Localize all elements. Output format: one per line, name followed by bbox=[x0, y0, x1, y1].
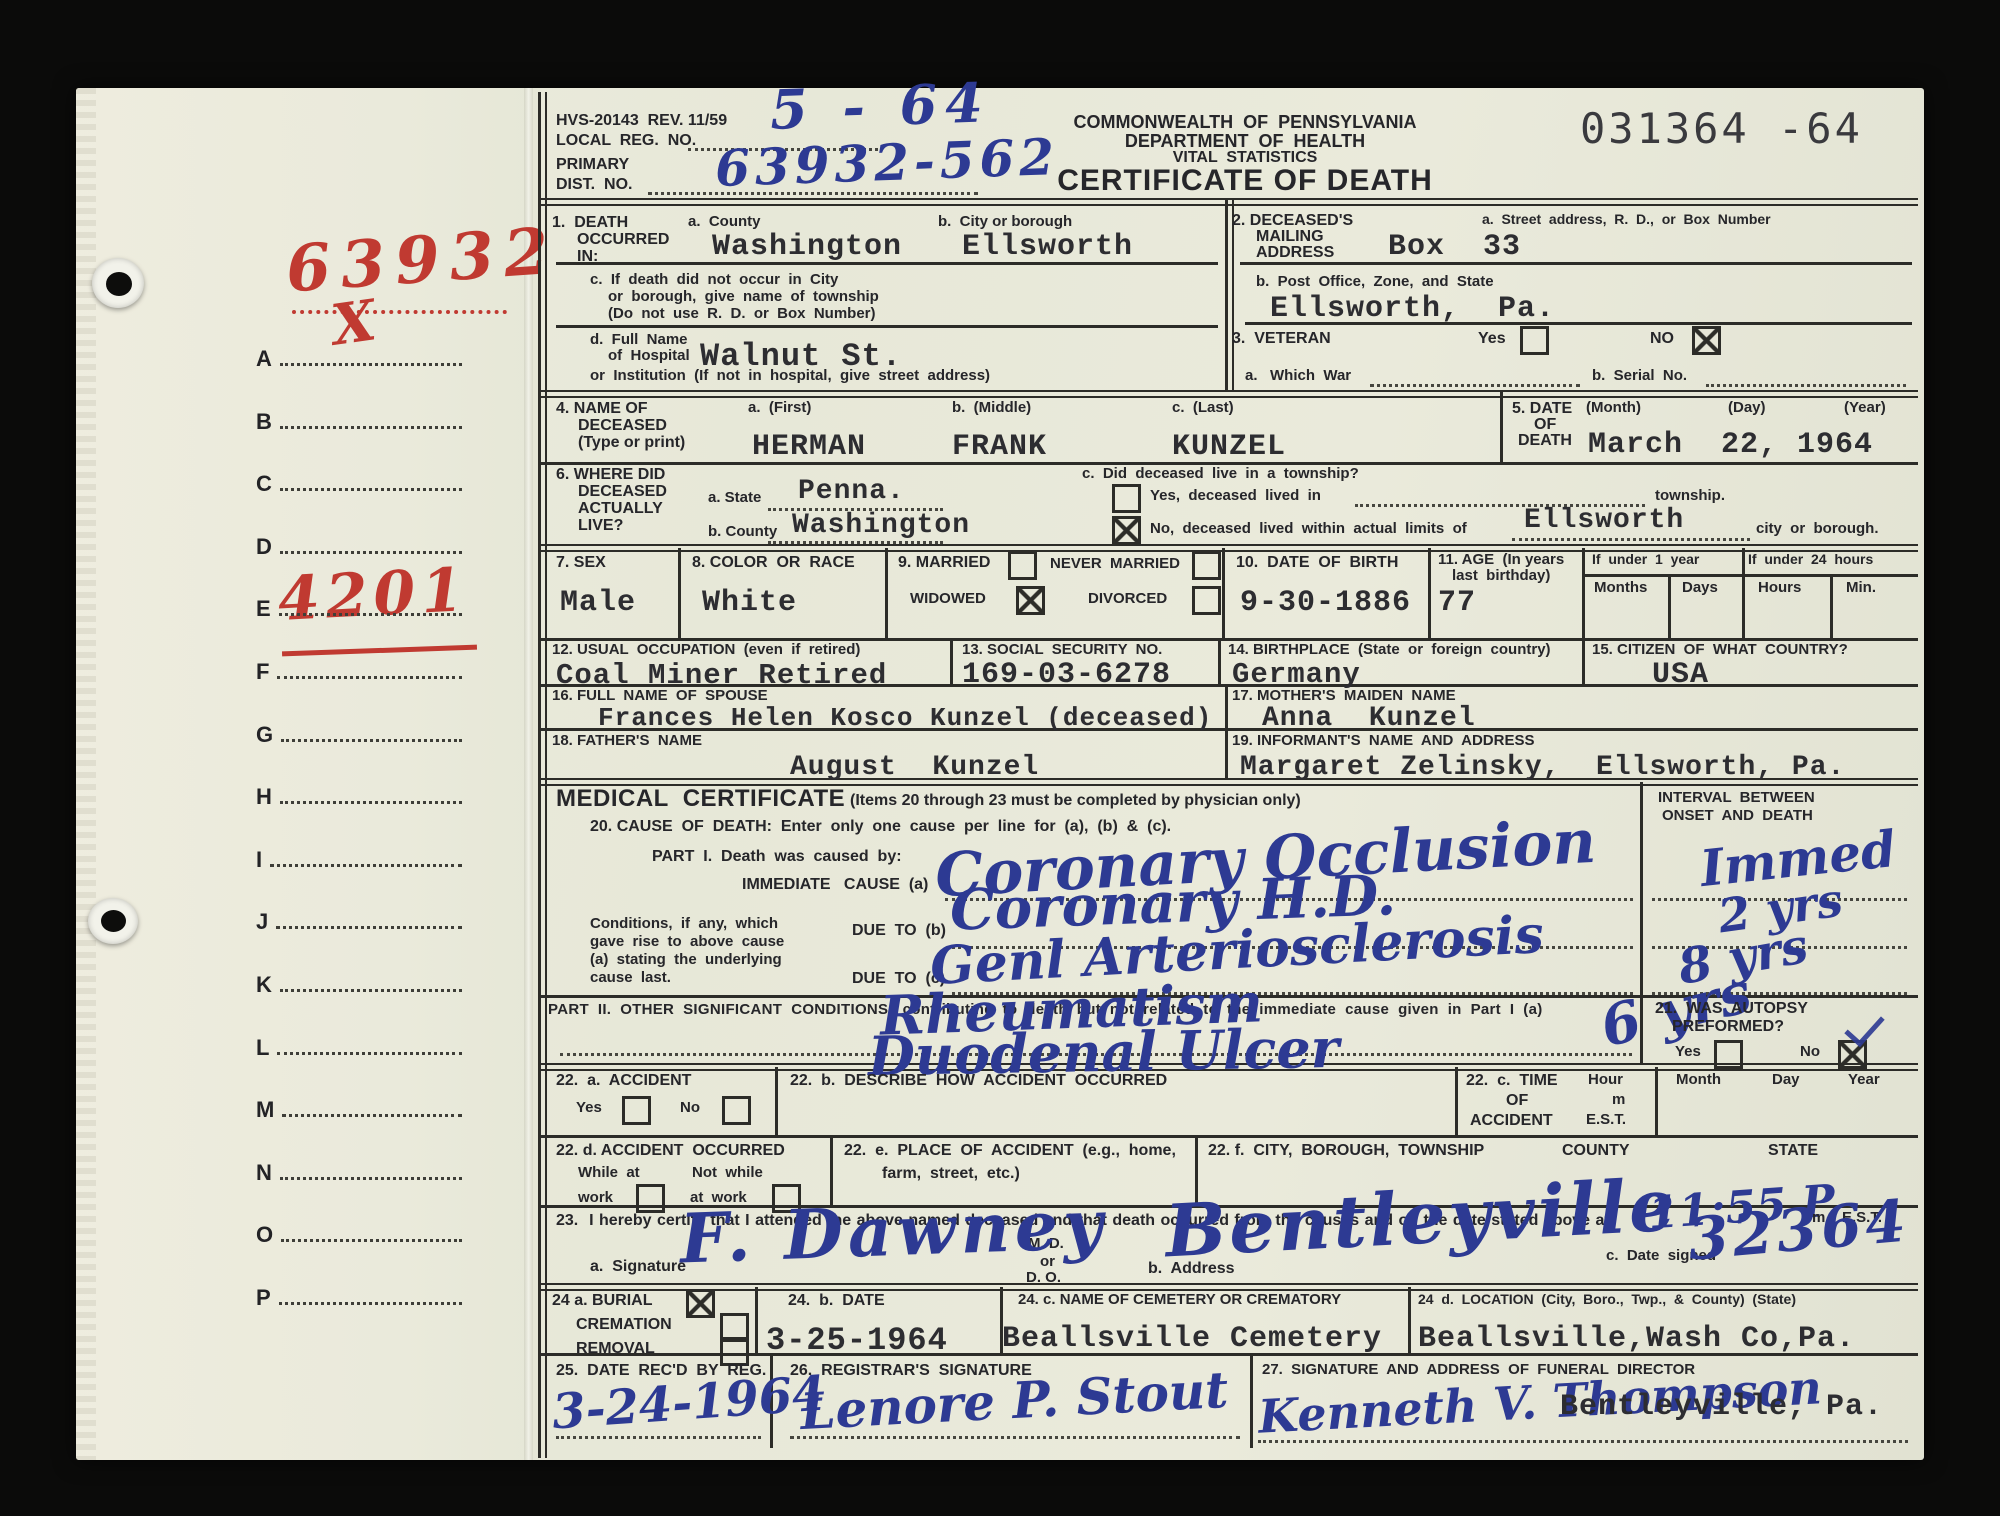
s6-label-2: DECEASED bbox=[578, 483, 667, 501]
s2b-label: b. Post Office, Zone, and State bbox=[1256, 274, 1494, 291]
conditions-label-2: gave rise to above cause bbox=[590, 934, 784, 951]
stub-dotted-rule bbox=[280, 551, 462, 554]
stub-letter-row: M bbox=[256, 1097, 462, 1123]
s22e-label-2: farm, street, etc.) bbox=[882, 1165, 1020, 1183]
funeral-director-address-value: Bentleyville, Pa. bbox=[1560, 1390, 1883, 1424]
s2a-label: a. Street address, R. D., or Box Number bbox=[1482, 212, 1771, 228]
s11-label-2: last birthday) bbox=[1452, 568, 1550, 585]
commonwealth-heading: COMMONWEALTH OF PENNSYLVANIA bbox=[1055, 112, 1435, 132]
stub-letter-row: N bbox=[256, 1160, 462, 1186]
perforated-paper-edge bbox=[76, 88, 96, 1460]
citizen-value: USA bbox=[1652, 658, 1709, 692]
rule bbox=[1668, 574, 1671, 638]
s10-label: 10. DATE OF BIRTH bbox=[1236, 554, 1398, 572]
s22d-label: 22. d. ACCIDENT OCCURRED bbox=[556, 1142, 785, 1160]
s21-label-2: PREFORMED? bbox=[1672, 1018, 1784, 1036]
s1a-label: a. County bbox=[688, 214, 761, 231]
sex-value: Male bbox=[560, 586, 636, 620]
rule bbox=[1582, 548, 1585, 638]
rule bbox=[1408, 1287, 1411, 1353]
s11-months-label: Months bbox=[1594, 580, 1647, 597]
form-left-border bbox=[538, 92, 547, 1458]
rule bbox=[1250, 1353, 1253, 1448]
rule bbox=[1655, 1067, 1658, 1135]
stub-letter: H bbox=[256, 784, 272, 810]
s5-label-3: DEATH bbox=[1518, 432, 1572, 450]
s21-yes-label: Yes bbox=[1675, 1044, 1701, 1061]
s22c-m-label: m bbox=[1612, 1092, 1625, 1109]
stub-dotted-rule bbox=[270, 864, 462, 867]
stub-letter-row: A bbox=[256, 346, 462, 372]
s14-label: 14. BIRTHPLACE (State or foreign country… bbox=[1228, 642, 1551, 659]
medical-certificate-title: MEDICAL CERTIFICATE bbox=[556, 786, 845, 813]
s18-label: 18. FATHER'S NAME bbox=[552, 733, 702, 750]
never-married-checkbox bbox=[1192, 551, 1221, 580]
s6c-city-borough-text: city or borough. bbox=[1756, 521, 1879, 538]
s9-divorced-label: DIVORCED bbox=[1088, 591, 1167, 608]
rule bbox=[678, 548, 681, 638]
s22f-state-label: STATE bbox=[1768, 1142, 1818, 1160]
cemetery-location-value: Beallsville,Wash Co,Pa. bbox=[1418, 1322, 1855, 1356]
s22a-no-label: No bbox=[680, 1100, 700, 1117]
middle-name-value: FRANK bbox=[952, 430, 1047, 464]
stub-letter: D bbox=[256, 534, 272, 560]
stub-letter-row: G bbox=[256, 722, 462, 748]
rule bbox=[775, 1067, 778, 1135]
divorced-checkbox bbox=[1192, 586, 1221, 615]
dotted-rule bbox=[790, 1436, 1240, 1439]
stub-letter: K bbox=[256, 972, 272, 998]
s1a-county-value: Washington bbox=[712, 230, 902, 264]
s1c-label-2: or borough, give name of township bbox=[608, 289, 879, 306]
s1c-label-1: c. If death did not occur in City bbox=[590, 272, 838, 289]
s22c-label: 22. c. TIME bbox=[1466, 1072, 1558, 1090]
dotted-rule bbox=[556, 1436, 761, 1439]
s6c-label: c. Did deceased live in a township? bbox=[1082, 466, 1359, 483]
race-value: White bbox=[702, 586, 797, 620]
stub-letter-row: B bbox=[256, 409, 462, 435]
s24a-removal-label: REMOVAL bbox=[576, 1340, 655, 1358]
stub-letter: P bbox=[256, 1285, 271, 1311]
married-checkbox bbox=[1008, 551, 1037, 580]
stub-letter-row: C bbox=[256, 471, 462, 497]
s24a-burial-label: 24 a. BURIAL bbox=[552, 1292, 652, 1310]
rule bbox=[1455, 1067, 1458, 1135]
s4c-label: c. (Last) bbox=[1172, 400, 1234, 417]
stub-letter: F bbox=[256, 659, 269, 685]
s22c-est-label: E.S.T. bbox=[1586, 1112, 1626, 1129]
rule bbox=[1428, 548, 1431, 638]
s3-yes-label: Yes bbox=[1478, 330, 1506, 348]
s9-married-label: 9. MARRIED bbox=[898, 554, 990, 572]
rule bbox=[556, 325, 1218, 328]
stub-dotted-rule bbox=[277, 1052, 462, 1055]
rule bbox=[885, 548, 888, 638]
first-name-value: HERMAN bbox=[752, 430, 866, 464]
veteran-yes-checkbox bbox=[1520, 326, 1549, 355]
primary-dist-label-2: DIST. NO. bbox=[556, 176, 632, 194]
photo-background: 63932 X 4201 ABCDEFGHIJKLMNOP HVS-20143 bbox=[0, 0, 2000, 1516]
conditions-label-1: Conditions, if any, which bbox=[590, 916, 778, 933]
s22f-label: 22. f. CITY, BOROUGH, TOWNSHIP bbox=[1208, 1142, 1484, 1160]
s9-never-married-label: NEVER MARRIED bbox=[1050, 556, 1180, 573]
physician-signature: F. Dawney bbox=[679, 1195, 1108, 1271]
s22a-label: 22. a. ACCIDENT bbox=[556, 1072, 691, 1090]
stub-letter: E bbox=[256, 596, 271, 622]
rule bbox=[1742, 548, 1745, 638]
stub-dotted-rule bbox=[280, 1177, 462, 1180]
s7-label: 7. SEX bbox=[556, 554, 606, 572]
s6-label-4: LIVE? bbox=[578, 517, 623, 535]
s21-label-1: 21. WAS AUTOPSY bbox=[1655, 1000, 1808, 1018]
s1-label-2: OCCURRED bbox=[577, 231, 669, 249]
s2b-postoffice-value: Ellsworth, Pa. bbox=[1270, 292, 1555, 326]
s22c-day-label: Day bbox=[1772, 1072, 1800, 1089]
stub-dotted-rule bbox=[280, 989, 462, 992]
stub-letter-row: O bbox=[256, 1222, 462, 1248]
s13-label: 13. SOCIAL SECURITY NO. bbox=[962, 642, 1162, 659]
ssn-value: 169-03-6278 bbox=[962, 658, 1171, 692]
stub-letter: B bbox=[256, 409, 272, 435]
rule bbox=[1222, 548, 1225, 638]
s22a-yes-label: Yes bbox=[576, 1100, 602, 1117]
s15-label: 15. CITIZEN OF WHAT COUNTRY? bbox=[1592, 642, 1848, 659]
stub-letter-row: L bbox=[256, 1035, 462, 1061]
s11-days-label: Days bbox=[1682, 580, 1718, 597]
stub-dotted-rule bbox=[280, 488, 462, 491]
local-reg-label: LOCAL REG. NO. bbox=[556, 132, 696, 150]
s24a-cremation-label: CREMATION bbox=[576, 1316, 672, 1334]
stub-letter: I bbox=[256, 847, 262, 873]
s19-label: 19. INFORMANT'S NAME AND ADDRESS bbox=[1232, 733, 1534, 750]
stub-dotted-rule bbox=[282, 1114, 462, 1117]
rule bbox=[950, 638, 953, 684]
s11-min-label: Min. bbox=[1846, 580, 1876, 597]
s24c-label: 24. c. NAME OF CEMETERY OR CREMATORY bbox=[1018, 1292, 1341, 1309]
s11-hours-label: Hours bbox=[1758, 580, 1801, 597]
s6-label-1: 6. WHERE DID bbox=[556, 466, 665, 484]
s6c-limits-value: Ellsworth bbox=[1524, 505, 1684, 536]
s4-label-2: DECEASED bbox=[578, 417, 667, 435]
stub-dotted-rule bbox=[281, 739, 462, 742]
s4a-label: a. (First) bbox=[748, 400, 811, 417]
stub-letter: A bbox=[256, 346, 272, 372]
rule bbox=[540, 1135, 1918, 1138]
form-number: HVS-20143 REV. 11/59 bbox=[556, 112, 727, 130]
local-reg-value: 5 - 64 bbox=[769, 78, 991, 134]
date-of-death-value: March 22, 1964 bbox=[1588, 428, 1873, 462]
spouse-value: Frances Helen Kosco Kunzel (deceased) bbox=[598, 703, 1212, 733]
s23-signature-label: a. Signature bbox=[590, 1258, 686, 1276]
accident-no-checkbox bbox=[722, 1096, 751, 1125]
s22c-year-label: Year bbox=[1848, 1072, 1880, 1089]
s2a-address-value: Box 33 bbox=[1388, 230, 1521, 264]
informant-value: Margaret Zelinsky, Ellsworth, Pa. bbox=[1240, 752, 1845, 783]
s22c-hour-label: Hour bbox=[1588, 1072, 1623, 1089]
stub-letter: J bbox=[256, 909, 268, 935]
s1b-city-value: Ellsworth bbox=[962, 230, 1133, 264]
stub-letter: O bbox=[256, 1222, 273, 1248]
s6-label-3: ACTUALLY bbox=[578, 500, 663, 518]
s1-label-3: IN: bbox=[577, 248, 598, 266]
s1-label: 1. DEATH bbox=[552, 214, 628, 232]
s6b-label: b. County bbox=[708, 524, 777, 541]
s3-no-label: NO bbox=[1650, 330, 1674, 348]
stub-dotted-rule bbox=[276, 926, 462, 929]
rule bbox=[540, 390, 1918, 398]
s6b-county-value: Washington bbox=[792, 510, 970, 541]
s22f-county-label: COUNTY bbox=[1562, 1142, 1630, 1160]
s3-veteran-label: 3. VETERAN bbox=[1232, 330, 1331, 348]
stub-dotted-rule bbox=[280, 363, 462, 366]
stub-red-dots bbox=[292, 310, 507, 314]
stub-letter-row: P bbox=[256, 1285, 462, 1311]
stub-dotted-rule bbox=[281, 1239, 462, 1242]
fold-crease bbox=[524, 88, 533, 1460]
s6c-no-text: No, deceased lived within actual limits … bbox=[1150, 521, 1467, 538]
father-name-value: August Kunzel bbox=[790, 752, 1039, 783]
primary-dist-value: 63932-562 bbox=[714, 134, 1059, 191]
s22b-label: 22. b. DESCRIBE HOW ACCIDENT OCCURRED bbox=[790, 1072, 1167, 1090]
immediate-cause-label: IMMEDIATE CAUSE (a) bbox=[742, 876, 928, 894]
rule bbox=[755, 1287, 758, 1353]
s22c-month-label: Month bbox=[1676, 1072, 1721, 1089]
part1-label: PART I. Death was caused by: bbox=[652, 848, 902, 866]
s22c-accident-label: ACCIDENT bbox=[1470, 1112, 1553, 1130]
stub-letter-row: F bbox=[256, 659, 462, 685]
stub-dotted-rule bbox=[279, 1302, 462, 1305]
rule bbox=[540, 544, 1918, 552]
lived-township-no-checkbox bbox=[1112, 516, 1141, 545]
punch-hole-top bbox=[92, 258, 144, 308]
s22d-work-label: work bbox=[578, 1190, 613, 1207]
s22e-label-1: 22. e. PLACE OF ACCIDENT (e.g., home, bbox=[844, 1142, 1176, 1160]
medical-certificate-note: (Items 20 through 23 must be completed b… bbox=[850, 792, 1301, 810]
mother-maiden-value: Anna Kunzel bbox=[1262, 703, 1476, 734]
s24b-label: 24. b. DATE bbox=[788, 1292, 885, 1310]
s4-label-1: 4. NAME OF bbox=[556, 400, 648, 418]
cemetery-value: Beallsville Cemetery bbox=[1002, 1322, 1382, 1356]
dotted-rule bbox=[768, 541, 943, 544]
s12-label: 12. USUAL OCCUPATION (even if retired) bbox=[552, 642, 860, 659]
s9-widowed-label: WIDOWED bbox=[910, 591, 986, 608]
punch-hole-bottom bbox=[88, 898, 138, 944]
stub-red-number: 63932 bbox=[284, 223, 560, 299]
s4b-label: b. (Middle) bbox=[952, 400, 1031, 417]
s22d-while-at-label: While at bbox=[578, 1165, 640, 1182]
s21-no-label: No bbox=[1800, 1044, 1820, 1061]
s1d-label-2: of Hospital bbox=[608, 348, 690, 365]
dotted-rule bbox=[1370, 384, 1580, 387]
autopsy-no-checkbox bbox=[1838, 1040, 1867, 1069]
s6c-yes-text: Yes, deceased lived in bbox=[1150, 488, 1321, 505]
stub-dotted-rule bbox=[280, 426, 462, 429]
stub-letter: G bbox=[256, 722, 273, 748]
stub-letter-row: E bbox=[256, 596, 462, 622]
rule bbox=[1218, 638, 1221, 684]
interval-label-1: INTERVAL BETWEEN bbox=[1658, 790, 1815, 807]
stub-letter: M bbox=[256, 1097, 274, 1123]
rule bbox=[1500, 392, 1503, 462]
s5-day-label: (Day) bbox=[1728, 400, 1766, 417]
s11-under24-label: If under 24 hours bbox=[1748, 552, 1873, 568]
s5-month-label: (Month) bbox=[1586, 400, 1641, 417]
certificate-title: CERTIFICATE OF DEATH bbox=[1035, 164, 1455, 198]
conditions-label-3: (a) stating the underlying bbox=[590, 952, 782, 969]
s22d-not-while-label: Not while bbox=[692, 1165, 763, 1182]
while-at-work-checkbox bbox=[636, 1184, 665, 1213]
s8-label: 8. COLOR OR RACE bbox=[692, 554, 855, 572]
stub-letter-row: D bbox=[256, 534, 462, 560]
dotted-rule bbox=[1512, 538, 1750, 541]
veteran-no-checkbox bbox=[1692, 326, 1721, 355]
stub-letter-row: J bbox=[256, 909, 462, 935]
s1b-label: b. City or borough bbox=[938, 214, 1072, 231]
s6c-township-text: township. bbox=[1655, 488, 1725, 505]
stub-dotted-rule bbox=[280, 801, 462, 804]
accident-yes-checkbox bbox=[622, 1096, 651, 1125]
autopsy-yes-checkbox bbox=[1714, 1040, 1743, 1069]
primary-dist-label-1: PRIMARY bbox=[556, 156, 629, 174]
conditions-label-4: cause last. bbox=[590, 970, 671, 987]
rule bbox=[1225, 684, 1228, 780]
age-value: 77 bbox=[1438, 586, 1476, 620]
s24d-label: 24 d. LOCATION (City, Boro., Twp., & Cou… bbox=[1418, 1292, 1796, 1308]
stub-letter-row: I bbox=[256, 847, 462, 873]
rule bbox=[540, 1283, 1918, 1291]
dotted-rule bbox=[1706, 384, 1906, 387]
rule bbox=[1582, 638, 1585, 684]
rule bbox=[1240, 262, 1912, 265]
stub-letter-row: K bbox=[256, 972, 462, 998]
interval-label-2: ONSET AND DEATH bbox=[1662, 808, 1813, 825]
stub-red-x-mark: X bbox=[329, 295, 379, 351]
stub-dotted-rule bbox=[277, 676, 462, 679]
s4-label-3: (Type or print) bbox=[578, 434, 685, 452]
burial-date-value: 3-25-1964 bbox=[766, 1322, 948, 1359]
s6a-label: a. State bbox=[708, 490, 761, 507]
s3a-which-war-label: a. Which War bbox=[1245, 368, 1351, 385]
dotted-rule bbox=[1258, 1440, 1908, 1443]
date-signed-value: 32364 bbox=[1686, 1194, 1912, 1265]
s11-under1-label: If under 1 year bbox=[1592, 552, 1699, 568]
stub-letter: L bbox=[256, 1035, 269, 1061]
physician-address-script: Bentleyville bbox=[1164, 1173, 1680, 1265]
stub-letter-row: H bbox=[256, 784, 462, 810]
s23-do-label: D. O. bbox=[1026, 1270, 1061, 1287]
date-of-birth-value: 9-30-1886 bbox=[1240, 586, 1411, 620]
s5-year-label: (Year) bbox=[1844, 400, 1886, 417]
s3b-serial-label: b. Serial No. bbox=[1592, 368, 1687, 385]
rule bbox=[1582, 574, 1918, 577]
last-name-value: KUNZEL bbox=[1172, 430, 1286, 464]
s2-label-3: ADDRESS bbox=[1256, 244, 1334, 262]
rule bbox=[1830, 574, 1833, 638]
certificate-serial-stamp: 031364 -64 bbox=[1580, 104, 1863, 153]
stub-letter: N bbox=[256, 1160, 272, 1186]
widowed-checkbox bbox=[1016, 586, 1045, 615]
s1d-label-3: or Institution (If not in hospital, give… bbox=[590, 368, 990, 385]
lived-township-yes-checkbox bbox=[1112, 484, 1141, 513]
stub-letter: C bbox=[256, 471, 272, 497]
s1c-label-3: (Do not use R. D. or Box Number) bbox=[608, 306, 876, 323]
s22c-of-label: OF bbox=[1506, 1092, 1528, 1110]
s6a-state-value: Penna. bbox=[798, 476, 905, 507]
burial-checkbox bbox=[686, 1289, 715, 1318]
stub-dotted-rule bbox=[279, 613, 462, 616]
